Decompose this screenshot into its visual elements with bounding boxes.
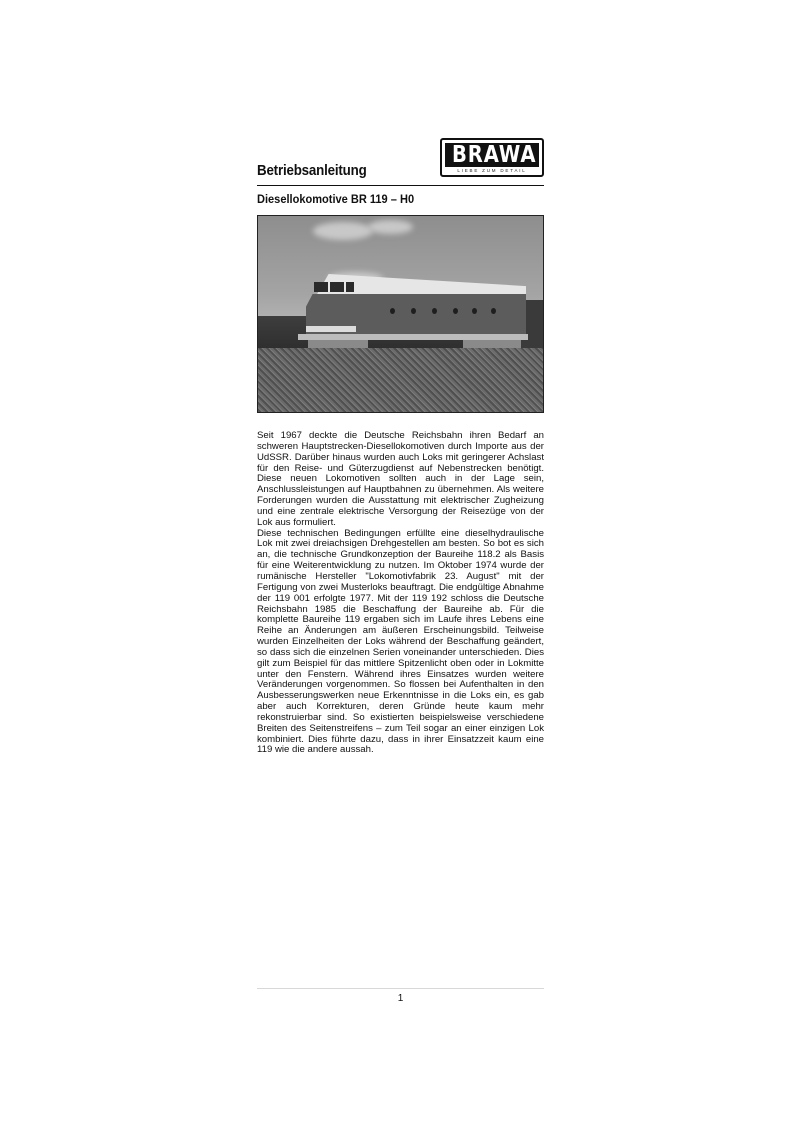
product-subtitle: Diesellokomotive BR 119 – H0	[257, 192, 414, 206]
body-text: Seit 1967 deckte die Deutsche Reichsbahn…	[257, 431, 544, 756]
cloud-shape	[313, 222, 373, 240]
page-number: 1	[257, 993, 544, 1004]
cloud-shape	[368, 220, 413, 234]
brawa-logo: BRAWA LIEBE ZUM DETAIL	[440, 138, 544, 177]
grass-embankment	[258, 348, 544, 413]
header-divider	[257, 185, 544, 186]
porthole-window	[390, 308, 395, 314]
cab-window	[346, 282, 354, 292]
document-title: Betriebsanleitung	[257, 163, 367, 179]
porthole-window	[453, 308, 458, 314]
cab-window	[314, 282, 328, 292]
cab-window	[330, 282, 344, 292]
page-header: Betriebsanleitung BRAWA LIEBE ZUM DETAIL	[257, 138, 544, 186]
logo-tagline: LIEBE ZUM DETAIL	[442, 168, 542, 173]
locomotive-stripe	[306, 326, 356, 332]
porthole-window	[472, 308, 477, 314]
porthole-window	[491, 308, 496, 314]
logo-brand-text: BRAWA	[452, 143, 532, 168]
paragraph: Diese technischen Bedingungen erfüllte e…	[257, 529, 544, 757]
footer-divider	[257, 988, 544, 989]
porthole-window	[411, 308, 416, 314]
porthole-window	[432, 308, 437, 314]
paragraph: Seit 1967 deckte die Deutsche Reichsbahn…	[257, 431, 544, 529]
locomotive-photo	[257, 215, 544, 413]
logo-plate: BRAWA	[445, 143, 539, 167]
